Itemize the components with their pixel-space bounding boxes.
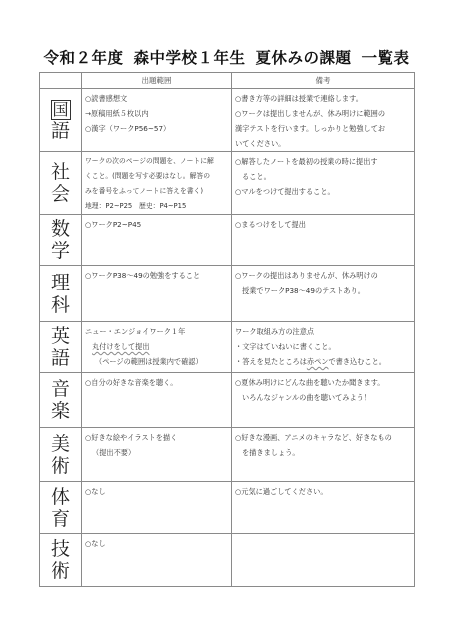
- subject-char: 音: [40, 378, 81, 400]
- range-line: ニュー・エンジョイワーク１年: [85, 324, 228, 339]
- table-row-japanese: 国 語 ○読書感想文 →原稿用紙５枚以内 ○漢字（ワークP56~57） ○書き方…: [40, 89, 415, 152]
- header-range: 出題範囲: [82, 73, 232, 89]
- table-row-science: 理 科 ○ワークP38～49の勉強をすること ○ワークの提出はありませんが、休み…: [40, 266, 415, 322]
- header-row: 出題範囲 備考: [40, 73, 415, 89]
- notes-cell: ○元気に過ごしてください。: [232, 482, 415, 534]
- table-row-art: 美 術 ○好きな絵やイラストを描く （提出不要） ○好きな漫画、アニメのキャラな…: [40, 428, 415, 482]
- table-row-english: 英 語 ニュー・エンジョイワーク１年 丸付けをして提出 （ページの範囲は授業内で…: [40, 322, 415, 373]
- subject-char: 語: [40, 120, 81, 142]
- range-line: 地理：P2~P25 歴史：P4~P15: [85, 199, 228, 214]
- range-line: ○なし: [85, 536, 228, 551]
- range-cell: ○自分の好きな音楽を聴く。: [82, 373, 232, 428]
- notes-line: 漢字テストを行います。しっかりと勉強してお: [235, 121, 411, 136]
- notes-line: いてください。: [235, 136, 411, 151]
- range-cell: ○なし: [82, 482, 232, 534]
- subject-char: 科: [40, 294, 81, 316]
- subject-char: 学: [40, 240, 81, 262]
- subject-char: 育: [40, 508, 81, 530]
- notes-emphasis-red-pen: 赤ペン: [307, 357, 329, 366]
- notes-line: ること。: [235, 169, 411, 184]
- range-line: （提出不要）: [85, 445, 228, 460]
- title-assignment: 夏休みの課題: [256, 49, 352, 67]
- notes-bullet: ・答えを見たところは赤ペンで書き込むこと。: [235, 354, 411, 369]
- subject-char: 国: [51, 100, 71, 120]
- notes-cell: [232, 534, 415, 587]
- subject-char: 美: [40, 433, 81, 455]
- notes-cell: ワーク取組み方の注意点 ・文字はていねいに書くこと。 ・答えを見たところは赤ペン…: [232, 322, 415, 373]
- notes-text: ・答えを見たところは: [235, 357, 307, 366]
- range-line: ○自分の好きな音楽を聴く。: [85, 375, 228, 390]
- subject-char: 会: [40, 183, 81, 205]
- subject-char: 術: [40, 560, 81, 582]
- range-cell: ○なし: [82, 534, 232, 587]
- table-row-technology: 技 術 ○なし: [40, 534, 415, 587]
- table-row-pe: 体 育 ○なし ○元気に過ごしてください。: [40, 482, 415, 534]
- range-cell: ○好きな絵やイラストを描く （提出不要）: [82, 428, 232, 482]
- notes-cell: ○好きな漫画、アニメのキャラなど、好きなもの を描きましょう。: [232, 428, 415, 482]
- subject-cell: 数 学: [40, 215, 82, 266]
- range-line: くこと。(問題を写す必要はなし。解答の: [85, 169, 228, 184]
- notes-cell: ○ワークの提出はありませんが、休み明けの 授業でワークP38～49のテストあり。: [232, 266, 415, 322]
- notes-line: いろんなジャンルの曲を聴いてみよう！: [235, 390, 411, 405]
- title-school: 森中学校１年生: [133, 49, 245, 67]
- notes-cell: ○まるつけをして提出: [232, 215, 415, 266]
- subject-char: 語: [40, 347, 81, 369]
- notes-cell: ○解答したノートを最初の授業の時に提出す ること。 ○マルをつけて提出すること。: [232, 152, 415, 215]
- subject-char: 術: [40, 455, 81, 477]
- title-year: 令和２年度: [43, 49, 123, 67]
- subject-char: 楽: [40, 400, 81, 422]
- subject-cell: 技 術: [40, 534, 82, 587]
- subject-cell: 体 育: [40, 482, 82, 534]
- notes-text: で書き込むこと。: [328, 357, 386, 366]
- notes-bullet: ・文字はていねいに書くこと。: [235, 339, 411, 354]
- range-cell: ○ワークP2~P45: [82, 215, 232, 266]
- subject-cell: 美 術: [40, 428, 82, 482]
- subject-char: 体: [40, 486, 81, 508]
- notes-line: ○夏休み明けにどんな曲を聴いたか聞きます。: [235, 375, 411, 390]
- range-line: ワークの次のページの問題を、ノートに解: [85, 154, 228, 169]
- subject-char: 社: [40, 161, 81, 183]
- subject-char: 理: [40, 272, 81, 294]
- range-line: ○ワークP2~P45: [85, 217, 228, 232]
- title-list: 一覧表: [362, 49, 410, 67]
- table-row-math: 数 学 ○ワークP2~P45 ○まるつけをして提出: [40, 215, 415, 266]
- notes-cell: ○書き方等の詳細は授業で連絡します。 ○ワークは提出しませんが、休み明けに範囲の…: [232, 89, 415, 152]
- notes-line: ○解答したノートを最初の授業の時に提出す: [235, 154, 411, 169]
- subject-cell: 理 科: [40, 266, 82, 322]
- range-line: （ページの範囲は授業内で確認）: [85, 354, 228, 369]
- table-row-social-studies: 社 会 ワークの次のページの問題を、ノートに解 くこと。(問題を写す必要はなし。…: [40, 152, 415, 215]
- range-line: →原稿用紙５枚以内: [85, 106, 228, 121]
- range-line: みを番号をふってノートに答えを書く): [85, 184, 228, 199]
- notes-line: ○マルをつけて提出すること。: [235, 184, 411, 199]
- notes-line: ○まるつけをして提出: [235, 217, 411, 232]
- range-cell: ○読書感想文 →原稿用紙５枚以内 ○漢字（ワークP56~57）: [82, 89, 232, 152]
- subject-char: 技: [40, 538, 81, 560]
- subject-cell: 音 楽: [40, 373, 82, 428]
- range-cell: ○ワークP38～49の勉強をすること: [82, 266, 232, 322]
- header-notes: 備考: [232, 73, 415, 89]
- notes-line: ○元気に過ごしてください。: [235, 484, 411, 499]
- notes-line: を描きましょう。: [235, 445, 411, 460]
- subject-cell: 英 語: [40, 322, 82, 373]
- notes-line: ○ワークは提出しませんが、休み明けに範囲の: [235, 106, 411, 121]
- range-line: ○ワークP38～49の勉強をすること: [85, 268, 228, 283]
- notes-cell: ○夏休み明けにどんな曲を聴いたか聞きます。 いろんなジャンルの曲を聴いてみよう！: [232, 373, 415, 428]
- notes-line: ○書き方等の詳細は授業で連絡します。: [235, 91, 411, 106]
- range-line: ○なし: [85, 484, 228, 499]
- notes-line: ○ワークの提出はありませんが、休み明けの: [235, 268, 411, 283]
- subject-char: 英: [40, 325, 81, 347]
- subject-cell: 社 会: [40, 152, 82, 215]
- page-title: 令和２年度森中学校１年生夏休みの課題一覧表: [0, 46, 453, 68]
- notes-line: 授業でワークP38～49のテストあり。: [235, 283, 411, 298]
- subject-char: 数: [40, 218, 81, 240]
- range-line: ○漢字（ワークP56~57）: [85, 121, 228, 136]
- range-line: ○読書感想文: [85, 91, 228, 106]
- range-line-underlined: 丸付けをして提出: [92, 342, 150, 351]
- notes-heading: ワーク取組み方の注意点: [235, 324, 411, 339]
- table-row-music: 音 楽 ○自分の好きな音楽を聴く。 ○夏休み明けにどんな曲を聴いたか聞きます。 …: [40, 373, 415, 428]
- range-cell: ニュー・エンジョイワーク１年 丸付けをして提出 （ページの範囲は授業内で確認）: [82, 322, 232, 373]
- range-cell: ワークの次のページの問題を、ノートに解 くこと。(問題を写す必要はなし。解答の …: [82, 152, 232, 215]
- range-line: ○好きな絵やイラストを描く: [85, 430, 228, 445]
- subject-cell: 国 語: [40, 89, 82, 152]
- assignment-table: 出題範囲 備考 国 語 ○読書感想文 →原稿用紙５枚以内 ○漢字（ワークP56~…: [39, 72, 415, 587]
- header-subject: [40, 73, 82, 89]
- notes-line: ○好きな漫画、アニメのキャラなど、好きなもの: [235, 430, 411, 445]
